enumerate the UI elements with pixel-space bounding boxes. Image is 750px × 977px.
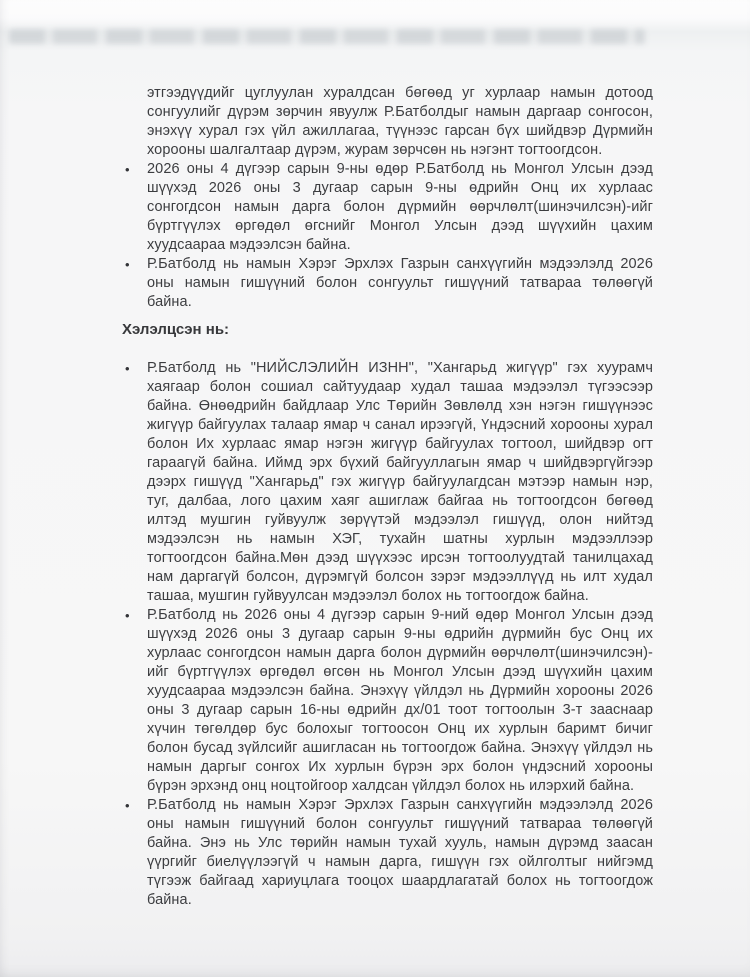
text-line: нам даргагүй болсон, дүрэмгүй болсон зэр… <box>147 568 653 587</box>
text-line: байна. Энэ нь Улс төрийн намын тухай хуу… <box>147 834 653 853</box>
text-line: байна. <box>147 891 653 910</box>
text-line: туг, далбаа, лого цахим хаяг ашиглаж бай… <box>147 492 653 511</box>
scanned-document-page: этгээдүүдийг цуглуулан хуралдсан бөгөөд … <box>0 0 750 977</box>
bullet-icon: • <box>122 160 147 179</box>
text-line: хаягаар болон сошиал сайтуудаар худал та… <box>147 378 653 397</box>
text-line: хорооны шалгалтаар дүрэм, журам зөрчсөн … <box>147 141 653 160</box>
section-heading: Хэлэлцсэн нь: <box>122 320 653 339</box>
bullet-icon: • <box>122 796 147 815</box>
text-line: энэхүү хурал гэх үйл ажиллагаа, түүнээс … <box>147 122 653 141</box>
text-line: болон бусад зүйлсийг ашигласан нь тогтоо… <box>147 739 653 758</box>
bullet-list-top: •2026 оны 4 дүгээр сарын 9-ны өдөр Р.Бат… <box>122 160 653 312</box>
bullet-icon: • <box>122 255 147 274</box>
intro-paragraph: этгээдүүдийг цуглуулан хуралдсан бөгөөд … <box>147 84 653 160</box>
text-line: байна. <box>147 293 653 312</box>
text-line: Р.Батболд нь намын Хэрэг Эрхлэх Газрын с… <box>147 255 653 274</box>
text-line: жигүүр байгуулах талаар ямар ч санал ирэ… <box>147 416 653 435</box>
text-line: түгээж байгаад хариуцлага тооцох шаардла… <box>147 872 653 891</box>
text-line: бүрэн эрхэнд онц ноцтойгоор халдсан үйлд… <box>147 777 653 796</box>
text-line: хүчин төгөлдөр бус болохыг тогтоосон Онц… <box>147 720 653 739</box>
text-line: шүүхэд 2026 оны 3 дугаар сарын 9-ны өдри… <box>147 179 653 198</box>
bullet-text: Р.Батболд нь намын Хэрэг Эрхлэх Газрын с… <box>147 255 653 312</box>
text-line: сонгогдсон намын дарга болон дүрмийн өөр… <box>147 198 653 217</box>
bullet-item: •Р.Батболд нь намын Хэрэг Эрхлэх Газрын … <box>122 255 653 312</box>
text-line: гараагүй байна. Иймд эрх бүхий байгуулла… <box>147 454 653 473</box>
bullet-item: •Р.Батболд нь "НИЙСЛЭЛИЙН ИЗНН", "Хангар… <box>122 359 653 606</box>
text-line: хурлаас сонгогдсон намын дарга болон дүр… <box>147 644 653 663</box>
text-line: оны намын гишүүний болон сонгуульт гишүү… <box>147 274 653 293</box>
bullet-item: •Р.Батболд нь намын Хэрэг Эрхлэх Газрын … <box>122 796 653 910</box>
text-line: сонгуулийг дүрэм зөрчин явуулж Р.Батболд… <box>147 103 653 122</box>
bullet-text: Р.Батболд нь "НИЙСЛЭЛИЙН ИЗНН", "Хангарь… <box>147 359 653 606</box>
text-line: болон Их хурлаас ямар нэгэн жигүүр байгу… <box>147 435 653 454</box>
text-line: дээрх гишүүд "Хангарьд" гэх жигүүр байгу… <box>147 473 653 492</box>
bullet-text: Р.Батболд нь 2026 оны 4 дүгээр сарын 9-н… <box>147 606 653 796</box>
document-body: этгээдүүдийг цуглуулан хуралдсан бөгөөд … <box>0 0 750 910</box>
text-line: Р.Батболд нь "НИЙСЛЭЛИЙН ИЗНН", "Хангарь… <box>147 359 653 378</box>
bullet-list-discussed: •Р.Батболд нь "НИЙСЛЭЛИЙН ИЗНН", "Хангар… <box>122 359 653 910</box>
bullet-text: Р.Батболд нь намын Хэрэг Эрхлэх Газрын с… <box>147 796 653 910</box>
bullet-item: •Р.Батболд нь 2026 оны 4 дүгээр сарын 9-… <box>122 606 653 796</box>
text-line: шүүхэд 2026 оны 3 дугаар сарын 9-ны өдри… <box>147 625 653 644</box>
text-line: ийг бүртгүүлэх өргөдөл өгсөн нь Монгол У… <box>147 663 653 682</box>
text-line: Р.Батболд нь намын Хэрэг Эрхлэх Газрын с… <box>147 796 653 815</box>
text-line: үүргийг биелүүлээгүй ч намын дарга, гишү… <box>147 853 653 872</box>
bullet-item: •2026 оны 4 дүгээр сарын 9-ны өдөр Р.Бат… <box>122 160 653 255</box>
bullet-text: 2026 оны 4 дүгээр сарын 9-ны өдөр Р.Батб… <box>147 160 653 255</box>
text-line: оны намын гишүүний болон сонгуульт гишүү… <box>147 815 653 834</box>
text-line: бүртгүүлэх өргөдөл өгснийг Монгол Улсын … <box>147 217 653 236</box>
text-line: оны 3 дугаар сарын 16-ны өдрийн дх/01 то… <box>147 701 653 720</box>
bullet-icon: • <box>122 359 147 378</box>
text-line: 2026 оны 4 дүгээр сарын 9-ны өдөр Р.Батб… <box>147 160 653 179</box>
text-line: мэдээлсэн нь намын ХЭГ, тухайн шатны хур… <box>147 530 653 549</box>
text-line: хуудсаараа мэдээлсэн байна. <box>147 236 653 255</box>
text-line: хуудсаараа мэдээлсэн байна. Энэхүү үйлдэ… <box>147 682 653 701</box>
text-line: Р.Батболд нь 2026 оны 4 дүгээр сарын 9-н… <box>147 606 653 625</box>
text-line: ташаа, мушгин гуйвуулсан мэдээлэл болох … <box>147 587 653 606</box>
bullet-icon: • <box>122 606 147 625</box>
text-line: тогтоогдсон байна.Мөн дээд шүүхээс ирсэн… <box>147 549 653 568</box>
text-line: илтэд мушгин гуйвуулж зөрүүтэй мэдээлэл … <box>147 511 653 530</box>
text-line: намын даргыг сонгох Их хурлын бүрэн эрх … <box>147 758 653 777</box>
text-line: байна. Өнөөдрийн байдлаар Улс Төрийн Зөв… <box>147 397 653 416</box>
text-line: этгээдүүдийг цуглуулан хуралдсан бөгөөд … <box>147 84 653 103</box>
